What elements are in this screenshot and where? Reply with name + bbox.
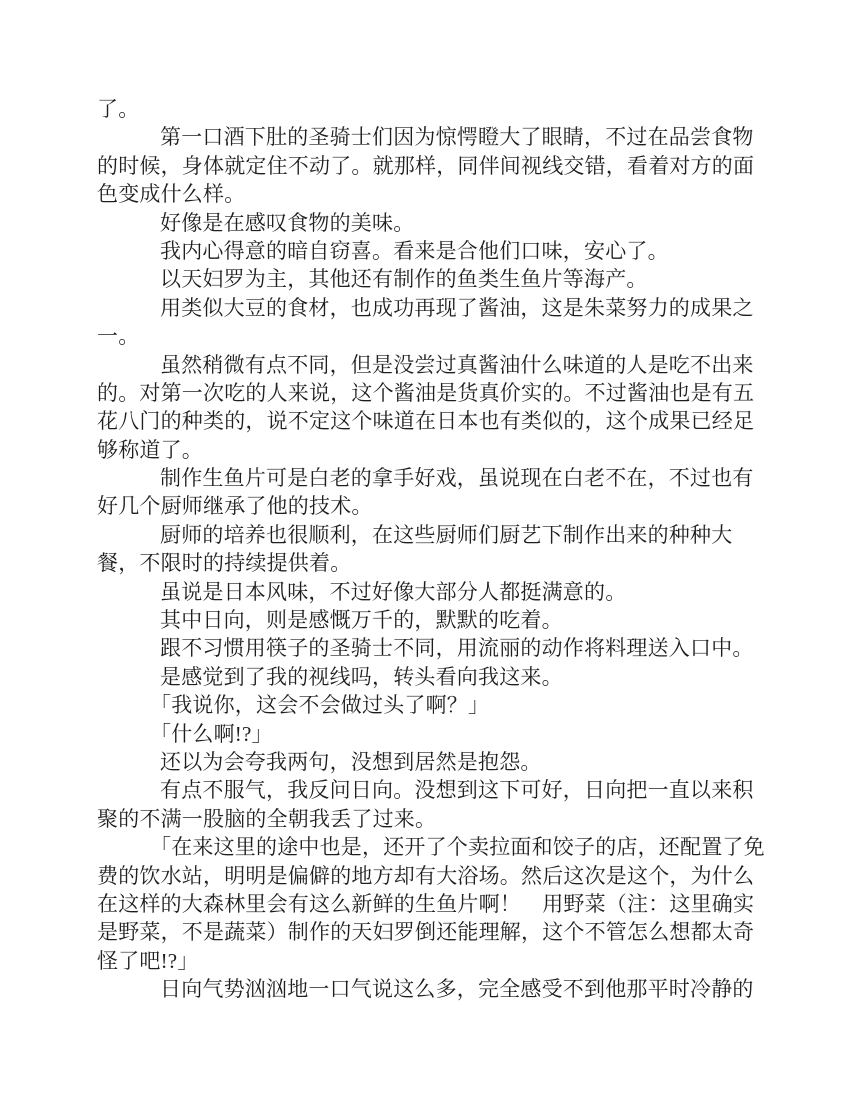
text-line: 以天妇罗为主，其他还有制作的鱼类生鱼片等海产。: [97, 265, 767, 293]
text-line: 第一口酒下肚的圣骑士们因为惊愕瞪大了眼睛，不过在品尝食物: [97, 123, 767, 151]
text-line: 怪了吧!?」: [97, 947, 767, 975]
text-line: 虽说是日本风味，不过好像大部分人都挺满意的。: [97, 578, 767, 606]
text-line: 还以为会夸我两句，没想到居然是抱怨。: [97, 748, 767, 776]
text-line: 费的饮水站，明明是偏僻的地方却有大浴场。然后这次是这个，为什么: [97, 862, 767, 890]
text-line: 色变成什么样。: [97, 180, 767, 208]
text-line: 其中日向，则是感慨万千的，默默的吃着。: [97, 606, 767, 634]
text-line: 是感觉到了我的视线吗，转头看向我这来。: [97, 663, 767, 691]
text-line: 好像是在感叹食物的美味。: [97, 209, 767, 237]
text-line: 制作生鱼片可是白老的拿手好戏，虽说现在白老不在，不过也有: [97, 464, 767, 492]
text-line: 厨师的培养也很顺利，在这些厨师们厨艺下制作出来的种种大: [97, 521, 767, 549]
text-line: 用类似大豆的食材，也成功再现了酱油，这是朱菜努力的成果之: [97, 294, 767, 322]
text-line: 够称道了。: [97, 436, 767, 464]
novel-page-text: 了。第一口酒下肚的圣骑士们因为惊愕瞪大了眼睛，不过在品尝食物的时候，身体就定住不…: [97, 95, 767, 1004]
text-line: 「什么啊!?」: [97, 720, 767, 748]
text-line: 一。: [97, 322, 767, 350]
text-line: 是野菜，不是蔬菜）制作的天妇罗倒还能理解，这个不管怎么想都太奇: [97, 918, 767, 946]
text-line: 花八门的种类的，说不定这个味道在日本也有类似的，这个成果已经足: [97, 407, 767, 435]
text-line: 我内心得意的暗自窃喜。看来是合他们口味，安心了。: [97, 237, 767, 265]
novel-page: 了。第一口酒下肚的圣骑士们因为惊愕瞪大了眼睛，不过在品尝食物的时候，身体就定住不…: [0, 0, 850, 1100]
text-line: 的时候，身体就定住不动了。就那样，同伴间视线交错，看着对方的面: [97, 152, 767, 180]
text-line: 虽然稍微有点不同，但是没尝过真酱油什么味道的人是吃不出来: [97, 351, 767, 379]
text-line: 在这样的大森林里会有这么新鲜的生鱼片啊！ 用野菜（注：这里确实: [97, 890, 767, 918]
text-line: 有点不服气，我反问日向。没想到这下可好，日向把一直以来积: [97, 776, 767, 804]
text-line: 了。: [97, 95, 767, 123]
text-line: 「在来这里的途中也是，还开了个卖拉面和饺子的店，还配置了免: [97, 833, 767, 861]
text-line: 日向气势汹汹地一口气说这么多，完全感受不到他那平时冷静的: [97, 975, 767, 1003]
text-line: 跟不习惯用筷子的圣骑士不同，用流丽的动作将料理送入口中。: [97, 634, 767, 662]
text-line: 「我说你，这会不会做过头了啊？」: [97, 691, 767, 719]
text-line: 餐，不限时的持续提供着。: [97, 549, 767, 577]
text-line: 好几个厨师继承了他的技术。: [97, 492, 767, 520]
text-line: 的。对第一次吃的人来说，这个酱油是货真价实的。不过酱油也是有五: [97, 379, 767, 407]
text-line: 聚的不满一股脑的全朝我丢了过来。: [97, 805, 767, 833]
